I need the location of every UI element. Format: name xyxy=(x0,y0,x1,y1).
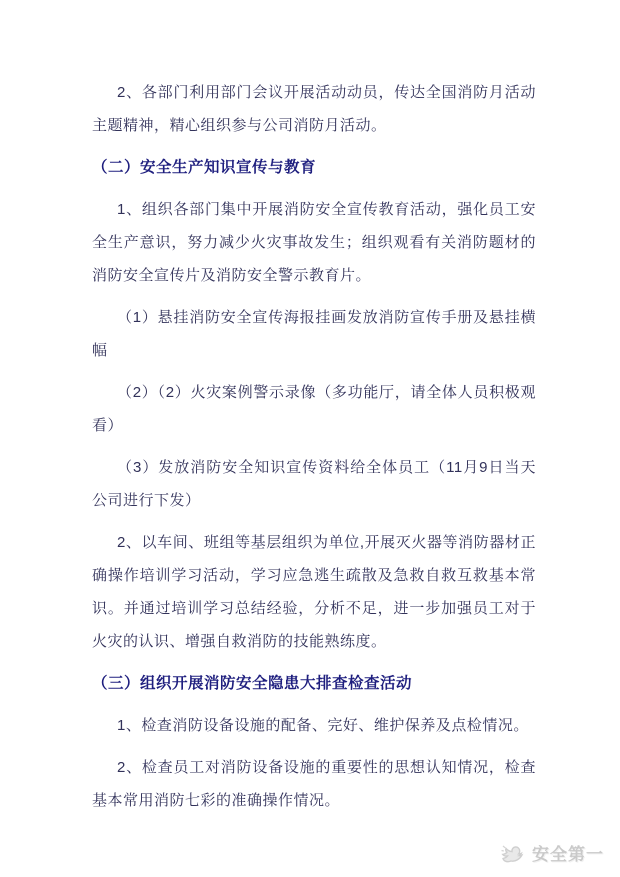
paragraph-sub2-warning-video: （2）（2）火灾案例警示录像（多功能厅，请全体人员积极观看） xyxy=(92,376,536,442)
paragraph-staff-awareness-check: 2、检查员工对消防设备设施的重要性的思想认知情况，检查基本常用消防七彩的准确操作… xyxy=(92,751,536,817)
dove-logo-icon xyxy=(497,841,527,865)
document-page: 2、各部门利用部门会议开展活动动员，传达全国消防月活动主题精神，精心组织参与公司… xyxy=(0,0,620,877)
paragraph-propaganda-activity: 1、组织各部门集中开展消防安全宣传教育活动，强化员工安全生产意识，努力减少火灾事… xyxy=(92,193,536,292)
paragraph-sub3-materials-distribution: （3）发放消防安全知识宣传资料给全体员工（11月9日当天公司进行下发） xyxy=(92,451,536,517)
paragraph-dept-mobilization: 2、各部门利用部门会议开展活动动员，传达全国消防月活动主题精神，精心组织参与公司… xyxy=(92,76,536,142)
brand-watermark: 安全第一 xyxy=(497,840,604,865)
paragraph-extinguisher-training: 2、以车间、班组等基层组织为单位,开展灭火器等消防器材正确操作培训学习活动，学习… xyxy=(92,526,536,658)
paragraph-equipment-check: 1、检查消防设备设施的配备、完好、维护保养及点检情况。 xyxy=(92,709,536,742)
paragraph-sub1-posters-banners: （1）悬挂消防安全宣传海报挂画发放消防宣传手册及悬挂横幅 xyxy=(92,301,536,367)
brand-watermark-label: 安全第一 xyxy=(532,840,604,865)
section-heading-3-hazard-inspection: （三）组织开展消防安全隐患大排查检查活动 xyxy=(92,667,536,700)
document-content: 2、各部门利用部门会议开展活动动员，传达全国消防月活动主题精神，精心组织参与公司… xyxy=(0,0,620,817)
section-heading-2-safety-education: （二）安全生产知识宣传与教育 xyxy=(92,151,536,184)
